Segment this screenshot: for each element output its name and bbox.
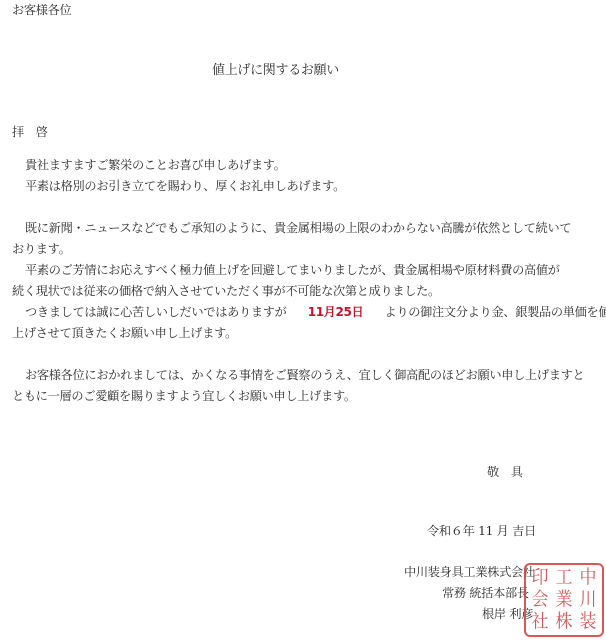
letter-title: 値上げに関するお願い xyxy=(212,64,339,78)
company-seal-stamp: 印 工 中 会 業 川 社 株 装 xyxy=(524,563,604,637)
paragraph-4-line-2: 上げさせて頂きたくお願い申し上げます。 xyxy=(12,326,237,340)
closing: 敬 具 xyxy=(487,465,523,479)
seal-char: 中 xyxy=(576,569,600,588)
letter-date: 令和６年 11 月 吉日 xyxy=(427,524,536,538)
paragraph-2-line-1: 既に新聞・ニュースなどでもご承知のように、貴金属相場の上限のわからない高騰が依然… xyxy=(25,221,571,235)
seal-char: 川 xyxy=(576,591,600,610)
effective-date-highlight: 11月25日 xyxy=(308,305,364,319)
paragraph-2-line-2: おります。 xyxy=(12,242,70,256)
paragraph-3-line-1: 平素のご芳情にお応えすべく極力値上げを回避してまいりましたが、貴金属相場や原材料… xyxy=(25,263,560,277)
paragraph-4-text-after-date: よりの御注文分より金、銀製品の単価を値 xyxy=(384,305,606,319)
salutation: 拝 啓 xyxy=(12,125,48,139)
paragraph-1-line-1: 貴社ますますご繁栄のことお喜び申しあげます。 xyxy=(25,158,286,172)
seal-char: 会 xyxy=(528,591,552,610)
seal-char: 装 xyxy=(576,613,600,632)
seal-char: 業 xyxy=(552,591,576,610)
seal-char: 印 xyxy=(528,569,552,588)
paragraph-1-line-2: 平素は格別のお引き立てを賜わり、厚くお礼申しあげます。 xyxy=(25,179,345,193)
seal-char: 株 xyxy=(552,613,576,632)
paragraph-4-text-before-date: つきましては誠に心苦しいしだいではありますが xyxy=(25,305,287,319)
paragraph-3-line-2: 続く現状では従来の価格で納入させていただく事が不可能な次第と成りました。 xyxy=(12,284,440,298)
sender-position: 常務 統括本部長 xyxy=(442,586,529,600)
paragraph-4-line-1: つきましては誠に心苦しいしだいではありますが 11月25日 よりの御注文分より金… xyxy=(25,305,606,319)
sender-company: 中川装身具工業株式会社 xyxy=(404,565,535,579)
addressee: お客様各位 xyxy=(12,3,71,17)
seal-char: 社 xyxy=(528,613,552,632)
paragraph-5-line-1: お客様各位におかれましては、かくなる事情をご賢察のうえ、宜しく御高配のほどお願い… xyxy=(25,368,584,382)
paragraph-5-line-2: ともに一層のご愛顧を賜りますよう宜しくお願い申し上げます。 xyxy=(12,389,356,403)
seal-char: 工 xyxy=(552,569,576,588)
